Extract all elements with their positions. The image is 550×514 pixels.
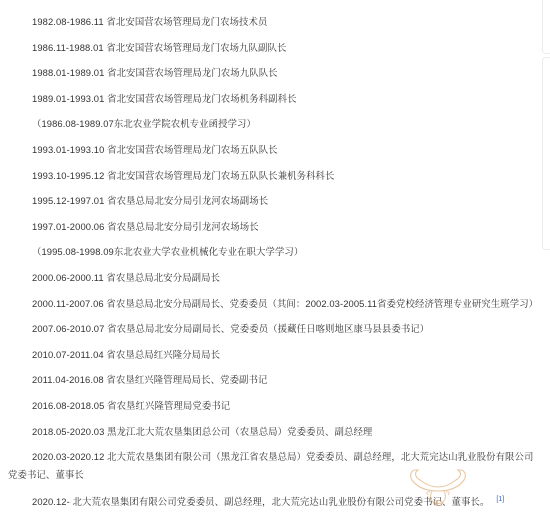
- resume-entry: 1997.01-2000.06 省农垦总局北安分局引龙河农场场长: [8, 218, 540, 236]
- resume-section: 1982.08-1986.11 省北安国营农场管理局龙门农场技术员 1986.1…: [0, 0, 550, 511]
- resume-entry: 1988.01-1989.01 省北安国营农场管理局龙门农场九队队长: [8, 64, 540, 82]
- resume-entry: （1986.08-1989.07东北农业学院农机专业函授学习）: [8, 115, 540, 133]
- resume-entry: 1986.11-1988.01 省北安国营农场管理局龙门农场九队副队长: [8, 39, 540, 57]
- resume-entry: 2020.03-2020.12 北大荒农垦集团有限公司（黑龙江省农垦总局）党委委…: [8, 448, 540, 483]
- resume-entry-text: 2020.12- 北大荒农垦集团有限公司党委委员、副总经理，北大荒完达山乳业股份…: [32, 496, 489, 507]
- resume-entry: 2018.05-2020.03 黑龙江北大荒农垦集团总公司（农垦总局）党委委员、…: [8, 423, 540, 441]
- resume-entry: 2011.04-2016.08 省农垦红兴隆管理局局长、党委副书记: [8, 371, 540, 389]
- resume-entry: 2020.12- 北大荒农垦集团有限公司党委委员、副总经理，北大荒完达山乳业股份…: [8, 491, 540, 511]
- resume-entry: 2016.08-2018.05 省农垦红兴隆管理局党委书记: [8, 397, 540, 415]
- resume-entry: 1982.08-1986.11 省北安国营农场管理局龙门农场技术员: [8, 13, 540, 31]
- reference-link[interactable]: [1]: [496, 496, 504, 503]
- resume-entry: （1995.08-1998.09东北农业大学农业机械化专业在职大学学习）: [8, 243, 540, 261]
- resume-entry: 1989.01-1993.01 省北安国营农场管理局龙门农场机务科副科长: [8, 90, 540, 108]
- clipped-side-card-top: [542, 0, 550, 54]
- resume-entry: 2007.06-2010.07 省农垦总局北安分局副局长、党委委员（援藏任日喀则…: [8, 320, 540, 338]
- resume-entry: 2000.06-2000.11 省农垦总局北安分局副局长: [8, 269, 540, 287]
- resume-entry: 1995.12-1997.01 省农垦总局北安分局引龙河农场副场长: [8, 192, 540, 210]
- clipped-side-card-bottom: [542, 57, 550, 250]
- resume-entry: 2000.11-2007.06 省农垦总局北安分局副局长、党委委员（其间：200…: [8, 295, 540, 313]
- resume-entry: 2010.07-2011.04 省农垦总局红兴隆分局局长: [8, 346, 540, 364]
- resume-entry: 1993.01-1993.10 省北安国营农场管理局龙门农场五队队长: [8, 141, 540, 159]
- resume-entry: 1993.10-1995.12 省北安国营农场管理局龙门农场五队队长兼机务科科长: [8, 167, 540, 185]
